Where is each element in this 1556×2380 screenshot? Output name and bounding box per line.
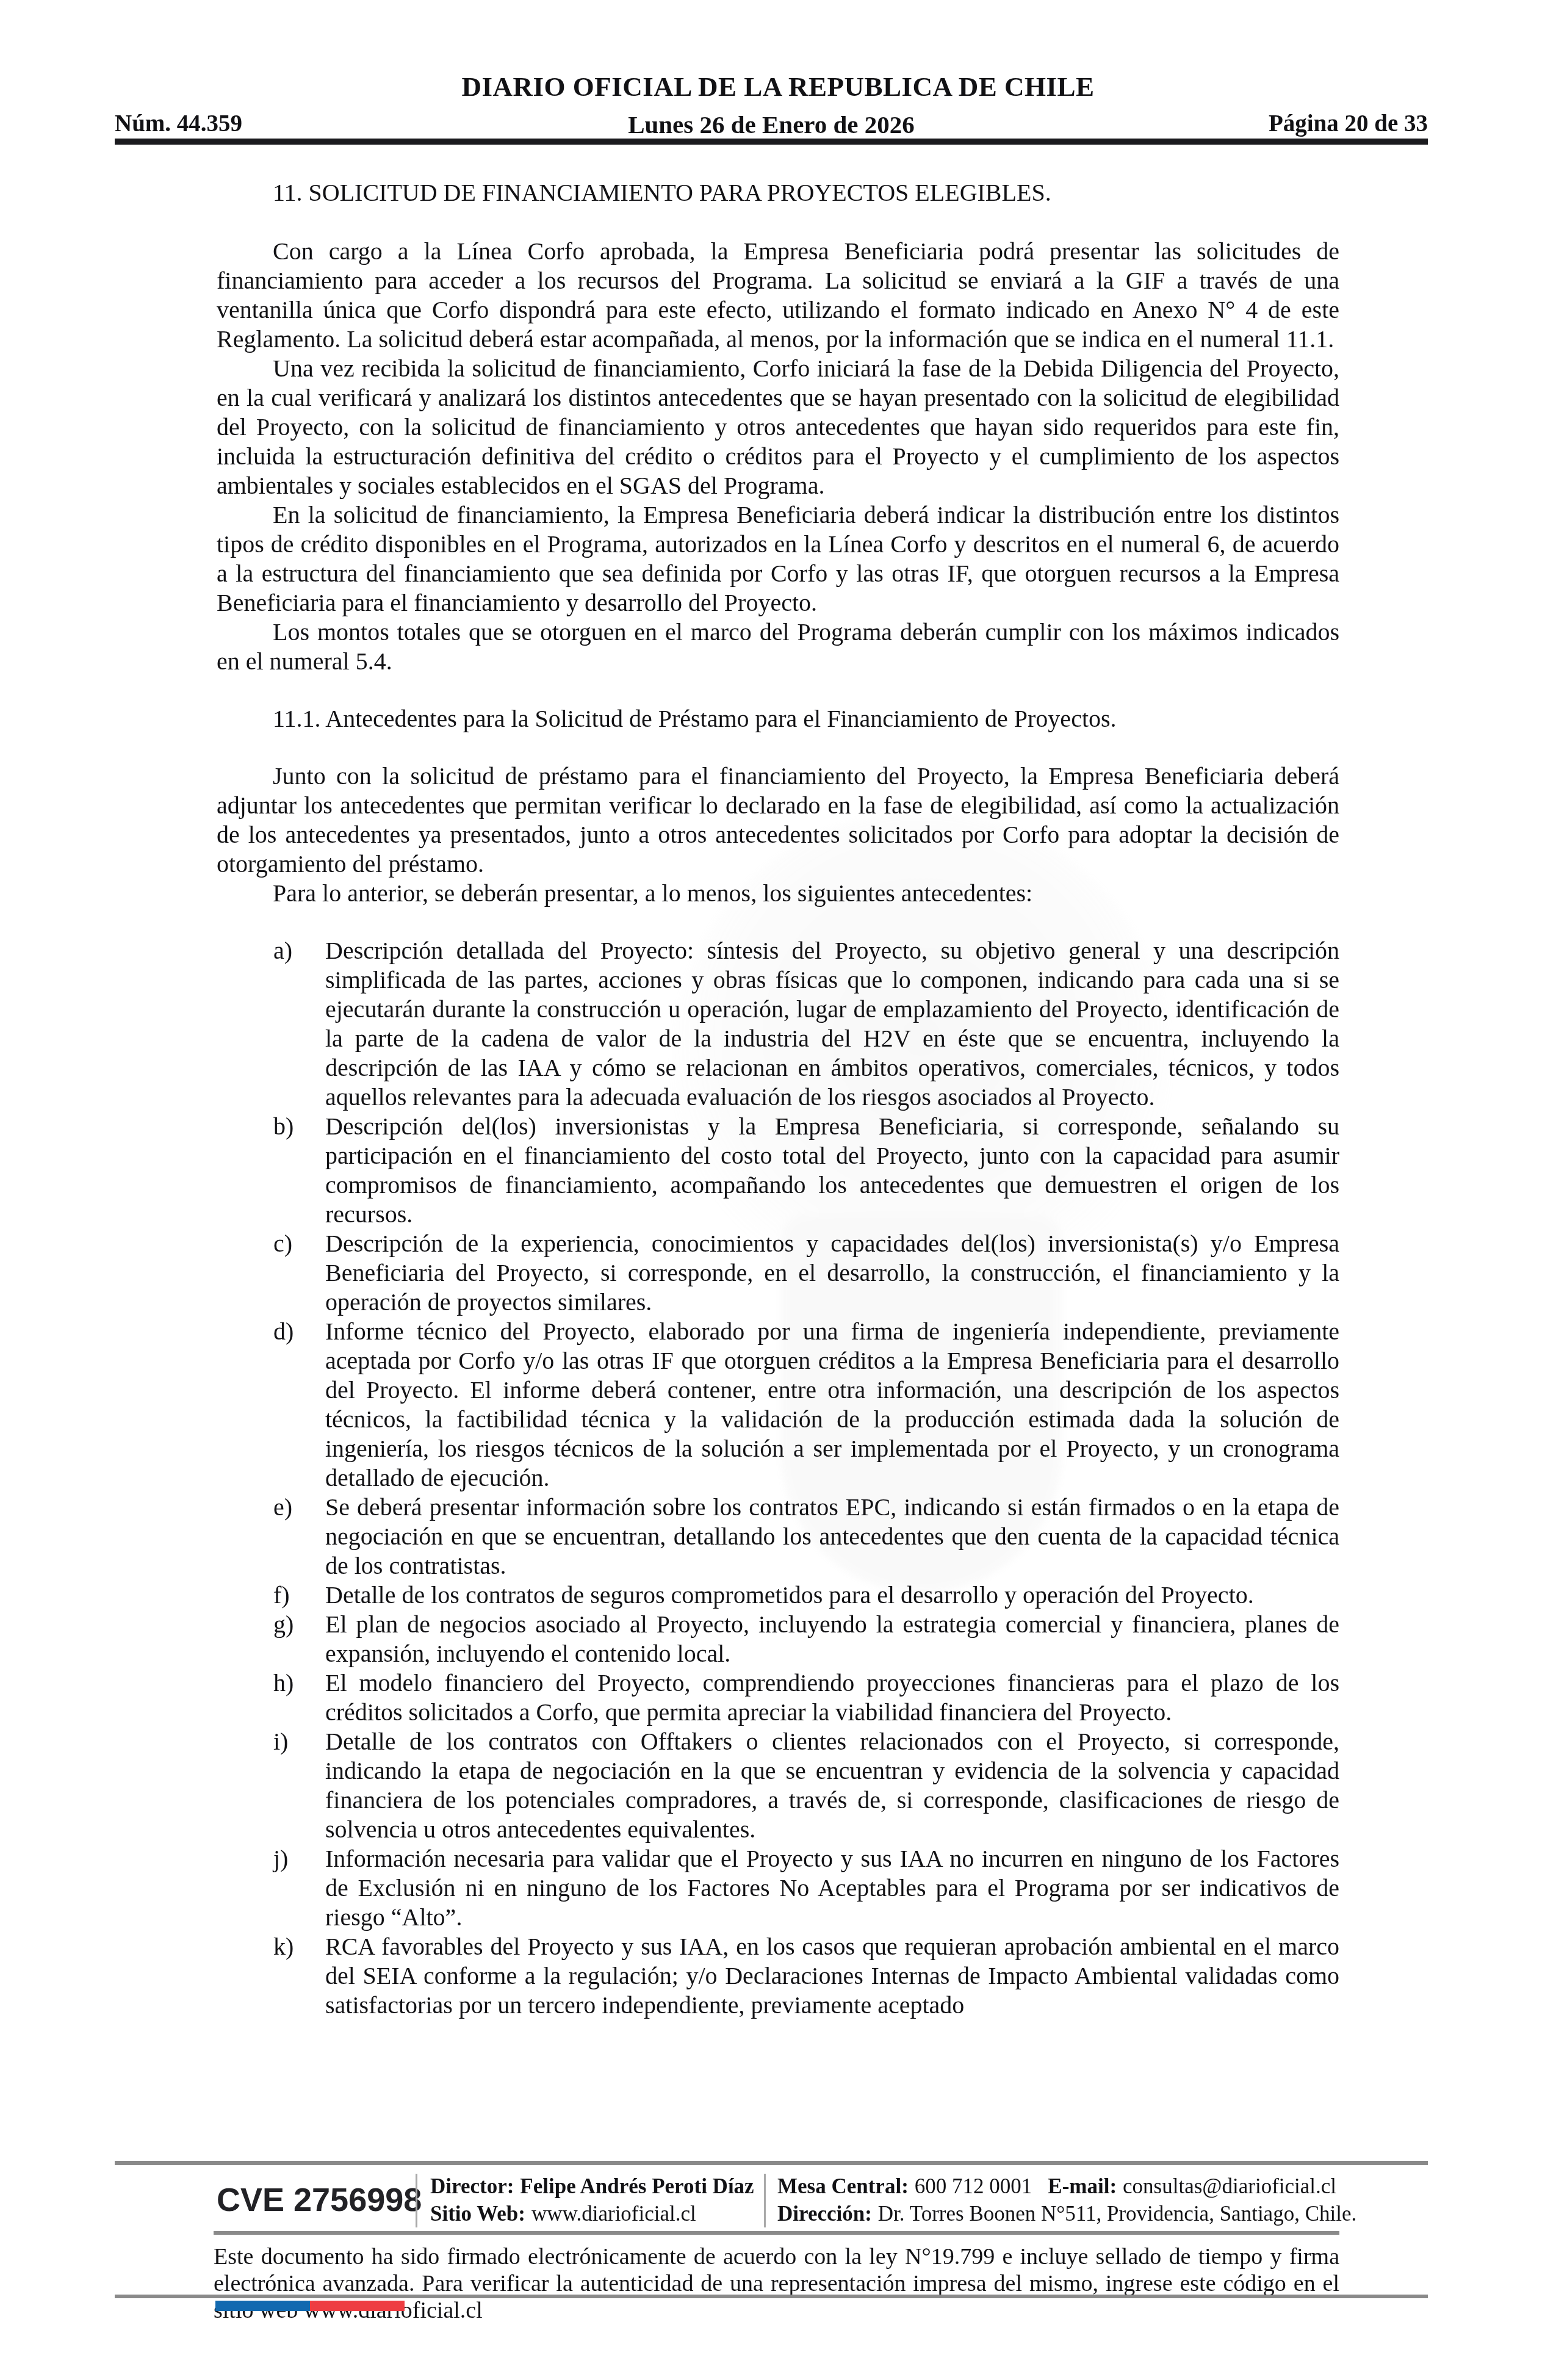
list-item: d) Informe técnico del Proyecto, elabora…	[217, 1317, 1339, 1493]
direccion-label: Dirección:	[777, 2202, 872, 2226]
list-marker: d)	[273, 1317, 325, 1493]
header-rule	[115, 139, 1428, 145]
paragraph: En la solicitud de financiamiento, la Em…	[217, 500, 1339, 618]
list-text: Descripción detallada del Proyecto: sínt…	[325, 936, 1339, 1112]
footer-info-strip: CVE 2756998 Director:Felipe Andrés Perot…	[217, 2173, 1431, 2229]
list-marker: g)	[273, 1610, 325, 1668]
list-item: k) RCA favorables del Proyecto y sus IAA…	[217, 1932, 1339, 2020]
list-item: b) Descripción del(los) inversionistas y…	[217, 1112, 1339, 1229]
flag-red-segment	[310, 2301, 405, 2311]
paragraph: Con cargo a la Línea Corfo aprobada, la …	[217, 237, 1339, 354]
list-item: e) Se deberá presentar información sobre…	[217, 1493, 1339, 1581]
flag-blue-segment	[215, 2301, 310, 2311]
paragraph: Los montos totales que se otorguen en el…	[217, 618, 1339, 676]
footer-rule-middle	[214, 2231, 1339, 2235]
list-item: g) El plan de negocios asociado al Proye…	[217, 1610, 1339, 1668]
list-text: Descripción del(los) inversionistas y la…	[325, 1112, 1339, 1229]
paragraph: Junto con la solicitud de préstamo para …	[217, 762, 1339, 879]
header-date: Lunes 26 de Enero de 2026	[115, 110, 1428, 139]
list-marker: c)	[273, 1229, 325, 1317]
footer-rule-bottom	[115, 2295, 1428, 2298]
requirements-list: a) Descripción detallada del Proyecto: s…	[217, 936, 1339, 2020]
header-meta-row: Núm. 44.359 Lunes 26 de Enero de 2026 Pá…	[115, 110, 1428, 140]
sitio-web-url[interactable]: www.diarioficial.cl	[531, 2202, 696, 2226]
footer-separator	[764, 2174, 766, 2227]
list-text: El plan de negocios asociado al Proyecto…	[325, 1610, 1339, 1668]
footer-rule-top	[115, 2161, 1428, 2165]
section-title: 11. SOLICITUD DE FINANCIAMIENTO PARA PRO…	[217, 178, 1339, 207]
list-item: i) Detalle de los contratos con Offtaker…	[217, 1727, 1339, 1844]
list-text: Informe técnico del Proyecto, elaborado …	[325, 1317, 1339, 1493]
footer-separator	[416, 2174, 417, 2227]
list-marker: e)	[273, 1493, 325, 1581]
list-text: RCA favorables del Proyecto y sus IAA, e…	[325, 1932, 1339, 2020]
mesa-central-label: Mesa Central:	[777, 2174, 909, 2198]
subsection-title: 11.1. Antecedentes para la Solicitud de …	[217, 704, 1339, 734]
list-text: Se deberá presentar información sobre lo…	[325, 1493, 1339, 1581]
paragraph: Una vez recibida la solicitud de financi…	[217, 354, 1339, 500]
chile-flag-mark	[215, 2301, 405, 2311]
direccion-line: Dirección:Dr. Torres Boonen N°511, Provi…	[777, 2200, 1356, 2227]
list-marker: f)	[273, 1581, 325, 1610]
list-text: Detalle de los contratos con Offtakers o…	[325, 1727, 1339, 1844]
list-marker: a)	[273, 936, 325, 1112]
list-text: El modelo financiero del Proyecto, compr…	[325, 1668, 1339, 1727]
mesa-central-line: Mesa Central:600 712 0001E-mail:consulta…	[777, 2173, 1356, 2200]
document-body: 11. SOLICITUD DE FINANCIAMIENTO PARA PRO…	[217, 178, 1339, 2020]
page-indicator: Página 20 de 33	[1269, 110, 1428, 137]
list-text: Detalle de los contratos de seguros comp…	[325, 1581, 1339, 1610]
list-marker: h)	[273, 1668, 325, 1727]
list-marker: i)	[273, 1727, 325, 1844]
footer-director-column: Director:Felipe Andrés Peroti Díaz Sitio…	[430, 2173, 754, 2227]
email-value[interactable]: consultas@diarioficial.cl	[1123, 2174, 1336, 2198]
director-label: Director:	[430, 2174, 514, 2198]
list-text: Descripción de la experiencia, conocimie…	[325, 1229, 1339, 1317]
list-item: h) El modelo financiero del Proyecto, co…	[217, 1668, 1339, 1727]
newspaper-page: DIARIO OFICIAL DE LA REPUBLICA DE CHILE …	[0, 0, 1556, 2380]
list-marker: k)	[273, 1932, 325, 2020]
list-item: a) Descripción detallada del Proyecto: s…	[217, 936, 1339, 1112]
list-text: Información necesaria para validar que e…	[325, 1844, 1339, 1932]
paragraph: Para lo anterior, se deberán presentar, …	[217, 879, 1339, 908]
direccion-value: Dr. Torres Boonen N°511, Providencia, Sa…	[878, 2202, 1356, 2226]
cve-code: CVE 2756998	[217, 2181, 422, 2219]
director-name: Felipe Andrés Peroti Díaz	[520, 2174, 754, 2198]
list-item: f) Detalle de los contratos de seguros c…	[217, 1581, 1339, 1610]
list-item: c) Descripción de la experiencia, conoci…	[217, 1229, 1339, 1317]
director-line: Director:Felipe Andrés Peroti Díaz	[430, 2173, 754, 2200]
sitio-web-label: Sitio Web:	[430, 2202, 525, 2226]
sitio-web-line: Sitio Web:www.diarioficial.cl	[430, 2200, 754, 2227]
footer-contact-column: Mesa Central:600 712 0001E-mail:consulta…	[777, 2173, 1356, 2227]
email-label: E-mail:	[1048, 2174, 1117, 2198]
legal-notice: Este documento ha sido firmado electróni…	[214, 2243, 1339, 2324]
list-item: j) Información necesaria para validar qu…	[217, 1844, 1339, 1932]
list-marker: b)	[273, 1112, 325, 1229]
mesa-central-value: 600 712 0001	[915, 2174, 1032, 2198]
list-marker: j)	[273, 1844, 325, 1932]
publication-title: DIARIO OFICIAL DE LA REPUBLICA DE CHILE	[0, 71, 1556, 103]
